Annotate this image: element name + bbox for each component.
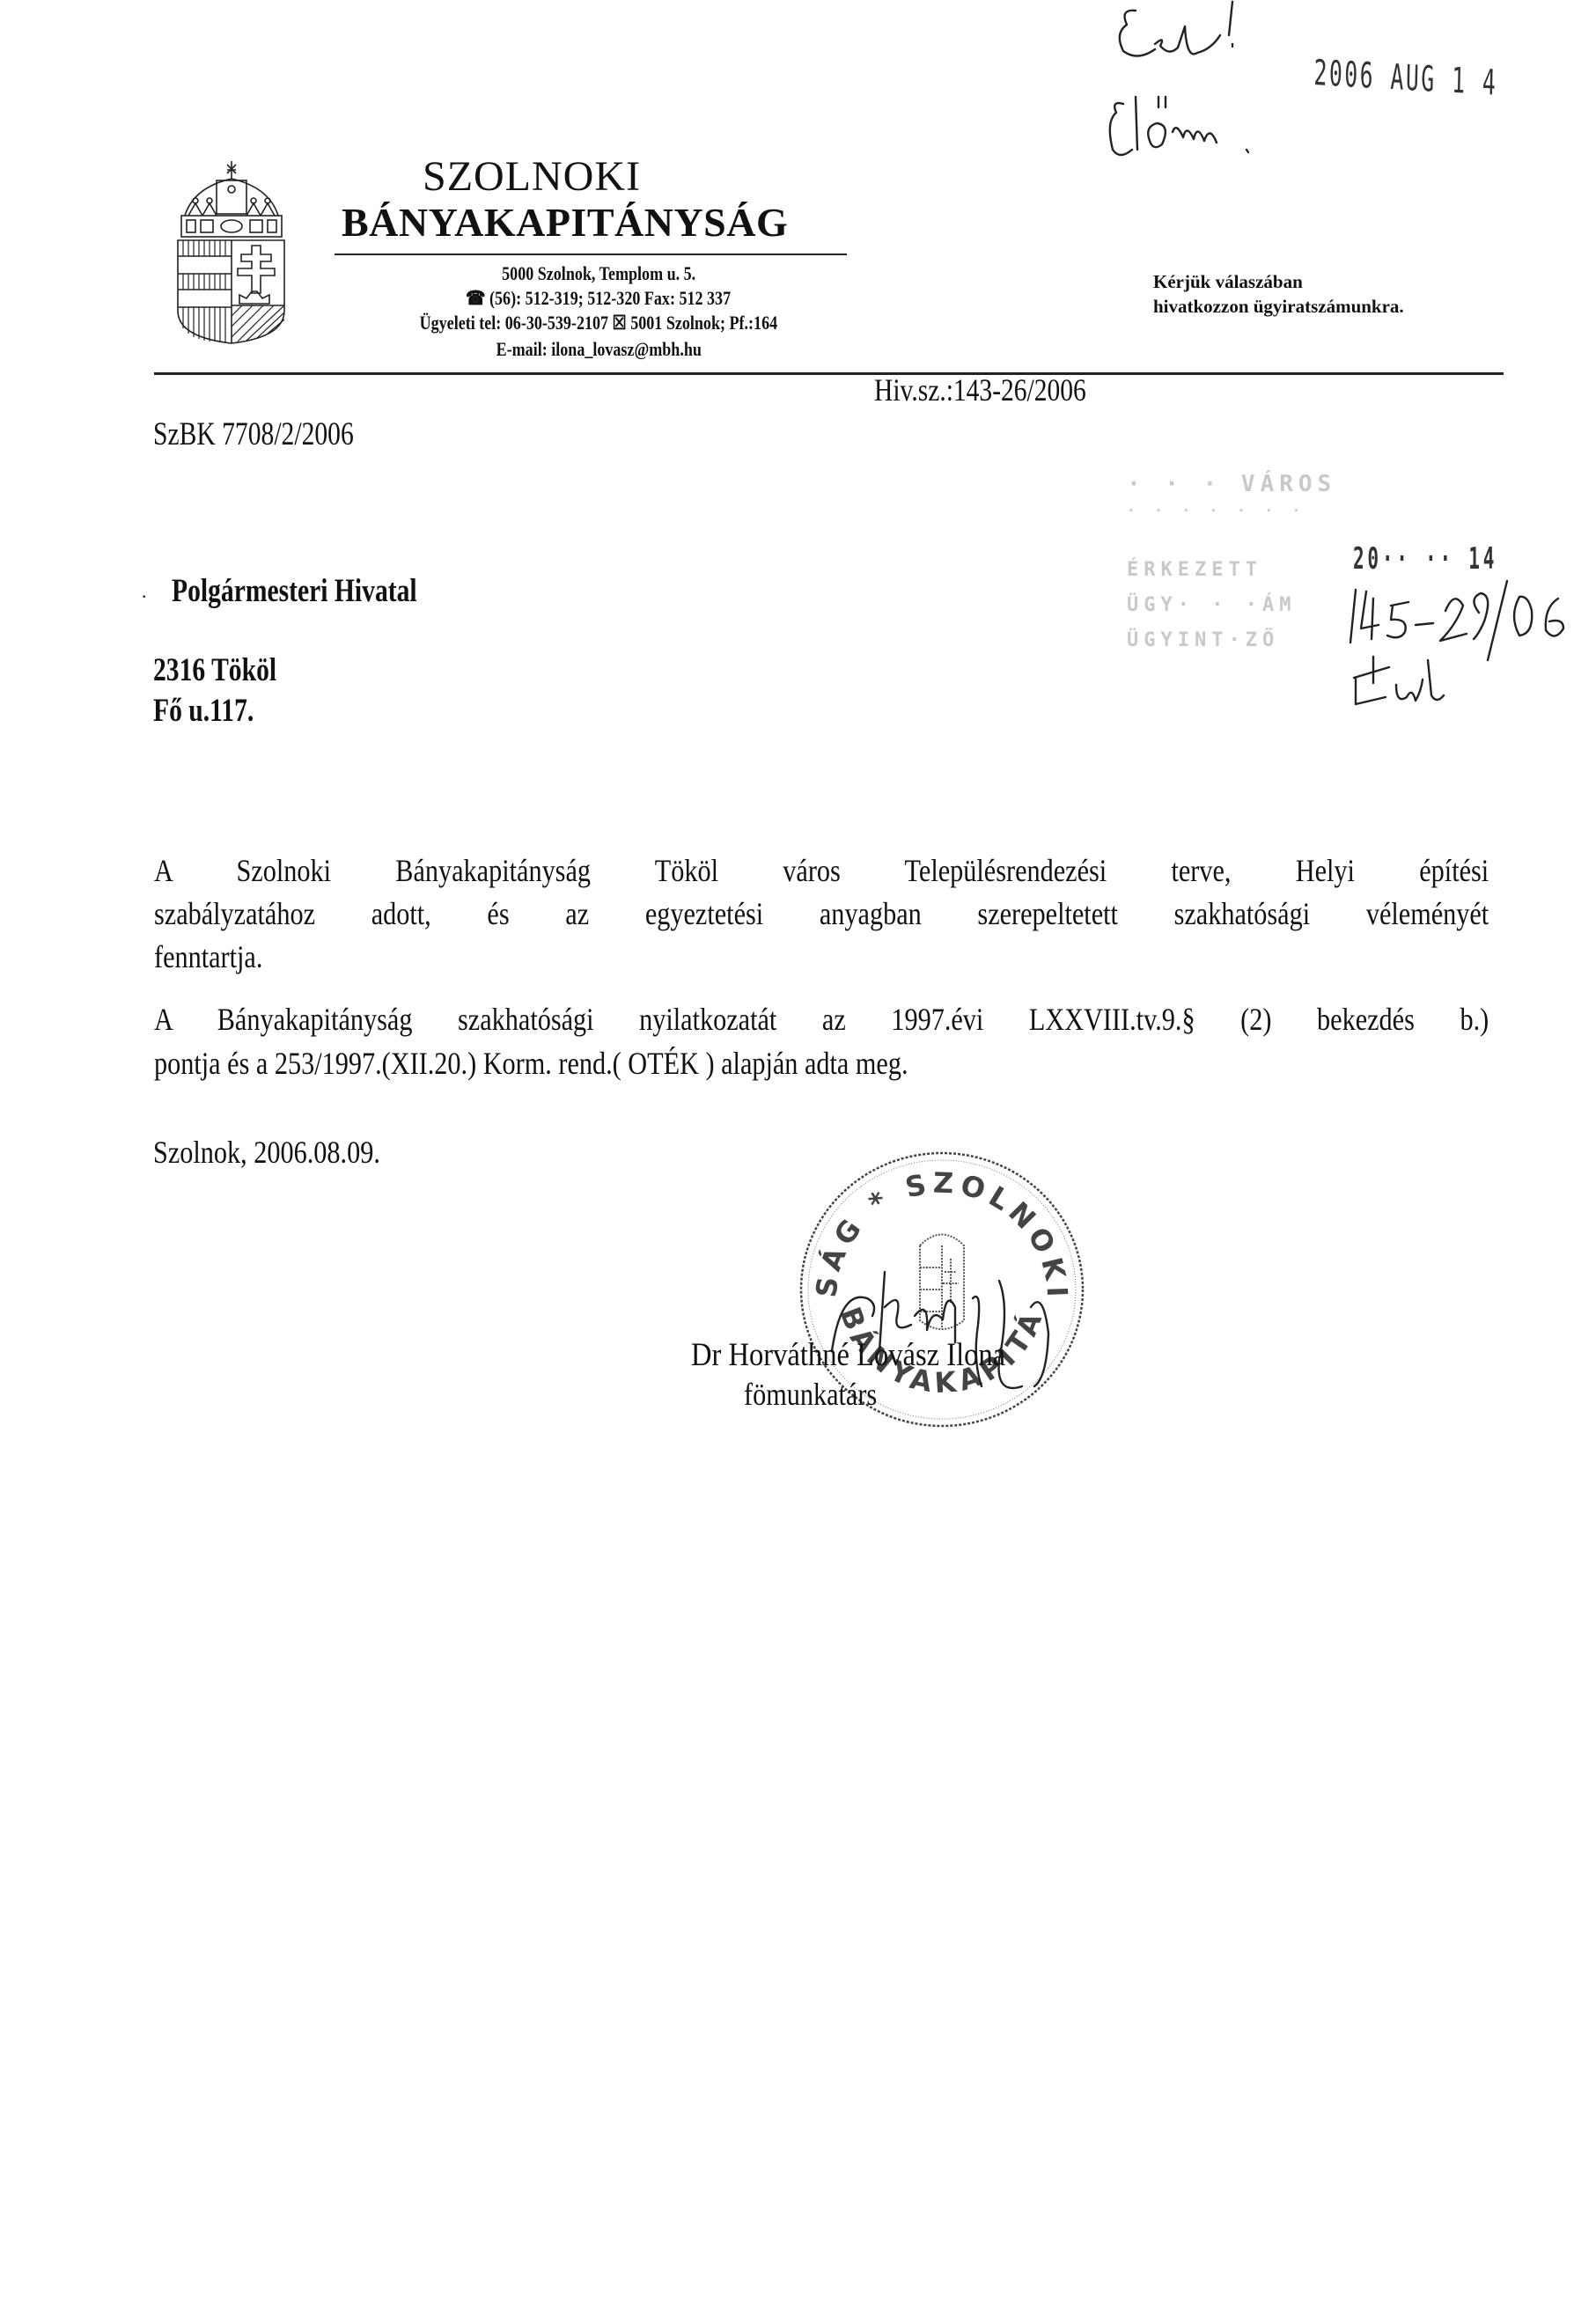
title-divider <box>335 254 847 255</box>
reference-number-hiv-sz: Hiv.sz.:143-26/2006 <box>874 371 1133 408</box>
body-paragraph1-line3: fenntartja. <box>154 938 283 975</box>
received-date-stamp: 2006 AUG 1 4 <box>1313 53 1498 104</box>
organization-name-line1: SZOLNOKI <box>423 152 641 201</box>
reference-note-line2: hivatkozzon ügyiratszámunkra. <box>1153 296 1404 318</box>
body-paragraph2-line2: pontja és a 253/1997.(XII.20.) Korm. ren… <box>154 1045 1052 1082</box>
org-address: 5000 Szolnok, Templom u. 5. <box>114 262 1083 285</box>
phone-icon: ☎ <box>466 287 485 309</box>
handwritten-registration-number <box>1347 537 1596 713</box>
org-phone-fax: ☎ (56): 512-319; 512-320 Fax: 512 337 <box>114 287 1083 310</box>
reference-number-szbk: SzBK 7708/2/2006 <box>153 415 404 453</box>
org-duty-phone-pobox: Ügyeleti tel: 06-30-539-2107 ☒ 5001 Szol… <box>114 312 1083 334</box>
body-paragraph2-line1: A Bányakapitányság szakhatósági nyilatko… <box>154 1001 1596 1038</box>
handwritten-note-top <box>1074 0 1303 163</box>
reference-note-line1: Kérjük válaszában <box>1153 271 1303 293</box>
signatory-name: Dr Horváthné Lovász Ilona <box>691 1336 1048 1374</box>
mail-icon: ☒ <box>613 312 627 334</box>
incoming-registration-stamp: · · · VÁROS · · · · · · · ÉRKEZETT ÜGY· … <box>1118 471 1373 700</box>
body-paragraph1-line1: A Szolnoki Bányakapitányság Tököl város … <box>154 852 1596 889</box>
org-email: E-mail: ilona_lovasz@mbh.hu <box>114 338 1083 361</box>
recipient-city: 2316 Tököl <box>153 651 307 689</box>
signatory-title: fömunkatárs <box>744 1376 902 1413</box>
place-and-date: Szolnok, 2006.08.09. <box>153 1134 423 1171</box>
stray-mark: · <box>141 585 147 608</box>
organization-name-line2: BÁNYAKAPITÁNYSÁG <box>342 199 788 246</box>
letterhead-divider <box>154 372 1504 375</box>
recipient-name: Polgármesteri Hivatal <box>172 572 478 610</box>
body-paragraph1-line2: szabályzatához adott, és az egyeztetési … <box>154 895 1596 932</box>
recipient-street: Fő u.117. <box>153 692 279 730</box>
